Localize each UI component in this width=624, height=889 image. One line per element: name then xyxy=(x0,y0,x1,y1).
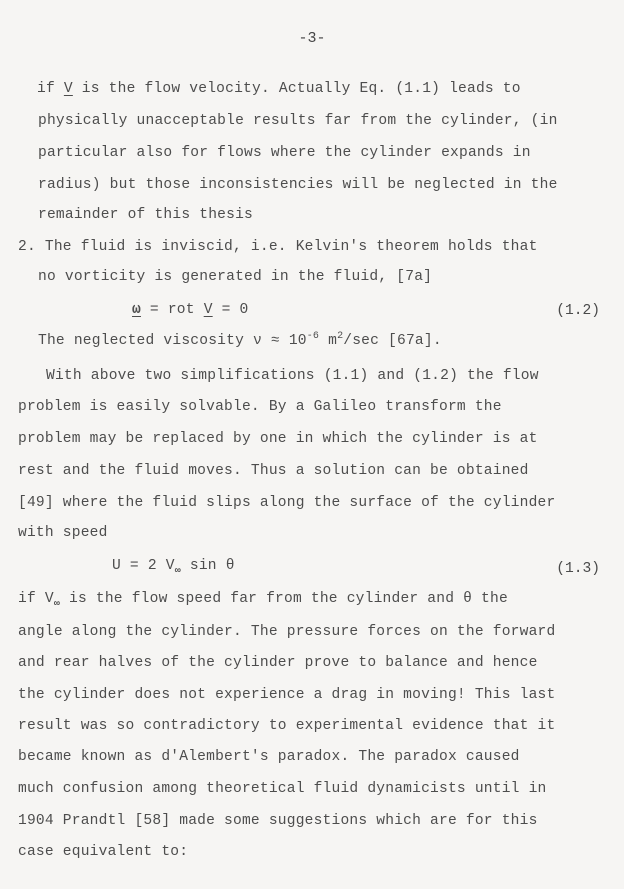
text-line: 1904 Prandtl [58] made some suggestions … xyxy=(18,812,538,830)
text-line: problem may be replaced by one in which … xyxy=(18,430,538,448)
equation-number: (1.2) xyxy=(556,303,600,319)
text-line: much confusion among theoretical fluid d… xyxy=(18,780,547,798)
page-number: -3- xyxy=(0,30,624,47)
text-line: if V∞ is the flow speed far from the cyl… xyxy=(18,590,508,608)
equation-1-3: U = 2 V∞ sin θ xyxy=(112,557,235,575)
text-line: [49] where the fluid slips along the sur… xyxy=(18,494,555,512)
text-line: with speed xyxy=(18,524,108,542)
text-line: if V is the flow velocity. Actually Eq. … xyxy=(37,80,521,98)
text-line: became known as d'Alembert's paradox. Th… xyxy=(18,748,520,766)
equation-1-2: ω = rot V = 0 xyxy=(132,301,249,319)
text-line: particular also for flows where the cyli… xyxy=(38,144,531,162)
text-line: case equivalent to: xyxy=(18,843,188,861)
text-line: remainder of this thesis xyxy=(38,206,253,224)
text-line: physically unacceptable results far from… xyxy=(38,112,558,130)
text-line: angle along the cylinder. The pressure f… xyxy=(18,623,555,641)
text-line: problem is easily solvable. By a Galileo… xyxy=(18,398,502,416)
text-line: radius) but those inconsistencies will b… xyxy=(38,176,558,194)
equation-number: (1.3) xyxy=(556,561,600,577)
text-line: no vorticity is generated in the fluid, … xyxy=(38,268,432,286)
list-item-2: 2. The fluid is inviscid, i.e. Kelvin's … xyxy=(18,238,538,256)
text-line: and rear halves of the cylinder prove to… xyxy=(18,654,538,672)
text-line: With above two simplifications (1.1) and… xyxy=(46,367,539,385)
text-line: result was so contradictory to experimen… xyxy=(18,717,555,735)
text-line: rest and the fluid moves. Thus a solutio… xyxy=(18,462,529,480)
text-line: the cylinder does not experience a drag … xyxy=(18,686,555,704)
text-line: The neglected viscosity ν ≈ 10-6 m2/sec … xyxy=(38,332,442,350)
